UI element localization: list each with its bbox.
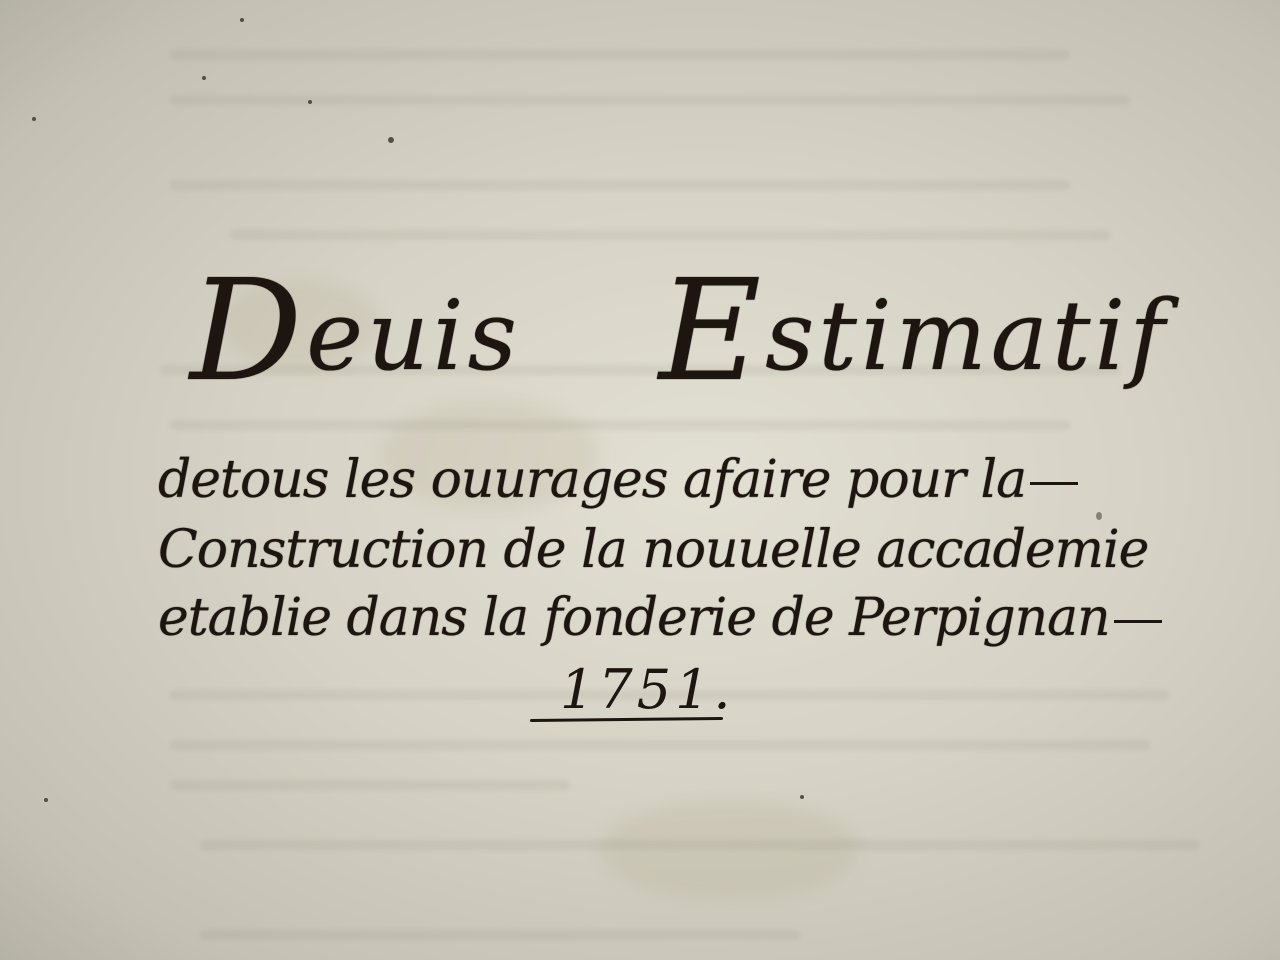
title-initial-d: D (190, 250, 306, 413)
ink-speck (800, 795, 804, 799)
bleed-through-line (170, 95, 1130, 105)
ink-speck (308, 100, 312, 104)
document-year: 1751. (560, 658, 735, 721)
body-line-2-text: Construction de la nouuelle accademie (158, 520, 1148, 580)
ink-speck (202, 76, 206, 80)
bleed-through-line (170, 180, 1070, 190)
body-line-3: etablie dans la fonderie de Perpignan (158, 588, 1162, 648)
bleed-through-line (170, 780, 570, 790)
bleed-through-line (170, 50, 1070, 60)
body-line-1-text: detous les ouurages afaire pour la (158, 450, 1026, 510)
bleed-through-line (230, 230, 1110, 240)
line-end-flourish (1030, 482, 1078, 485)
ink-speck (388, 137, 394, 143)
title-word2-rest: stimatif (765, 280, 1169, 392)
manuscript-page: Deuis Estimatif detous les ouurages afai… (0, 0, 1280, 960)
body-line-3-text: etablie dans la fonderie de Perpignan (158, 588, 1110, 648)
line-end-flourish (1114, 620, 1162, 623)
ink-speck (240, 18, 244, 22)
ink-speck (32, 117, 36, 121)
ink-speck (1096, 512, 1102, 520)
title-word1-rest: euis (306, 280, 521, 392)
bleed-through-line (170, 740, 1150, 750)
paper-stain (600, 800, 860, 900)
document-title: Deuis Estimatif (190, 240, 1169, 403)
bleed-through-line (200, 930, 800, 940)
bleed-through-line (170, 420, 1070, 430)
ink-speck (44, 798, 48, 802)
year-underline (530, 717, 723, 722)
title-initial-e: E (659, 250, 765, 413)
body-line-2: Construction de la nouuelle accademie (158, 520, 1148, 580)
body-line-1: detous les ouurages afaire pour la (158, 450, 1078, 510)
